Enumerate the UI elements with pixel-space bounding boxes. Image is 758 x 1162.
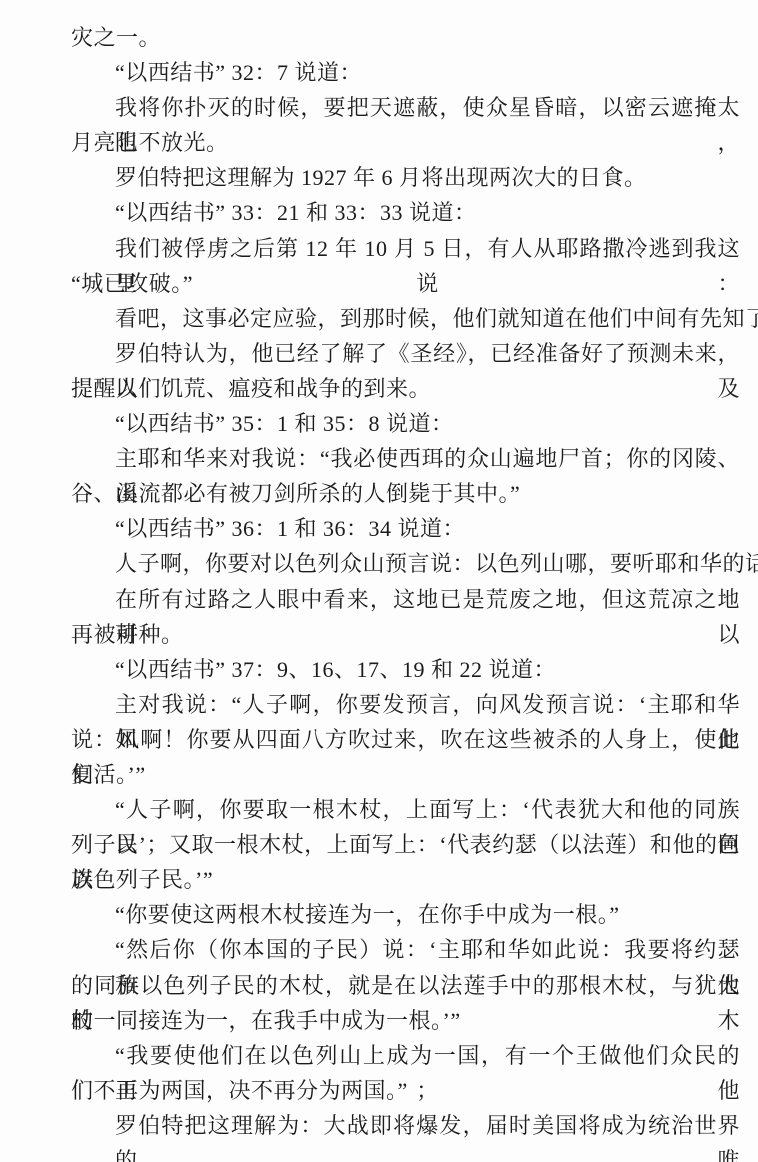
text-line: “你要使这两根木杖接连为一，在你手中成为一根。” <box>71 897 740 932</box>
text-line: 的同族以色列子民的木杖，就是在以法莲手中的那根木杖，与犹大的木 <box>71 968 740 1003</box>
text-line: 人子啊，你要对以色列众山预言说：以色列山哪，要听耶和华的话！ <box>71 546 740 581</box>
text-line: “人子啊，你要取一根木杖，上面写上：‘代表犹大和他的同族以色 <box>71 792 740 827</box>
text-line: 列子民’；又取一根木杖，上面写上：‘代表约瑟（以法莲）和他的同族 <box>71 827 740 862</box>
text-line: “以西结书” 32：7 说道： <box>71 55 740 90</box>
text-line: 说：风啊！你要从四面八方吹过来，吹在这些被杀的人身上，使他们 <box>71 722 740 757</box>
text-line: “以西结书” 36：1 和 36：34 说道： <box>71 511 740 546</box>
text-line: 复活。’” <box>71 757 740 792</box>
text-line: “以西结书” 37：9、16、17、19 和 22 说道： <box>71 652 740 687</box>
text-line: 谷、溪流都必有被刀剑所杀的人倒毙于其中。” <box>71 476 740 511</box>
text-line: 主耶和华来对我说：“我必使西珥的众山遍地尸首；你的冈陵、山 <box>71 441 740 476</box>
text-line: 我将你扑灭的时候，要把天遮蔽，使众星昏暗，以密云遮掩太阳， <box>71 90 740 125</box>
text-line: “然后你（你本国的子民）说：‘主耶和华如此说：我要将约瑟和他 <box>71 932 740 967</box>
text-line: “以西结书” 35：1 和 35：8 说道： <box>71 406 740 441</box>
text-line: 以色列子民。’” <box>71 862 740 897</box>
text-line: 在所有过路之人眼中看来，这地已是荒废之地，但这荒凉之地可以 <box>71 582 740 617</box>
body-text: 灾之一。“以西结书” 32：7 说道：我将你扑灭的时候，要把天遮蔽，使众星昏暗，… <box>0 0 758 1143</box>
text-line: 罗伯特把这理解为：大战即将爆发，届时美国将成为统治世界的唯 <box>71 1108 740 1143</box>
text-line: 主对我说：“人子啊，你要发预言，向风发预言说：‘主耶和华如此 <box>71 687 740 722</box>
text-line: 看吧，这事必定应验，到那时候，他们就知道在他们中间有先知了。 <box>71 301 740 336</box>
book-page: 灾之一。“以西结书” 32：7 说道：我将你扑灭的时候，要把天遮蔽，使众星昏暗，… <box>0 0 758 1162</box>
text-line: 灾之一。 <box>71 20 740 55</box>
text-line: 我们被俘虏之后第 12 年 10 月 5 日，有人从耶路撒冷逃到我这里说： <box>71 231 740 266</box>
text-line: 罗伯特把这理解为 1927 年 6 月将出现两次大的日食。 <box>71 160 740 195</box>
text-line: “以西结书” 33：21 和 33：33 说道： <box>71 195 740 230</box>
text-line: “我要使他们在以色列山上成为一国，有一个王做他们众民的王；他 <box>71 1038 740 1073</box>
text-line: 罗伯特认为，他已经了解了《圣经》，已经准备好了预测未来，以及 <box>71 336 740 371</box>
